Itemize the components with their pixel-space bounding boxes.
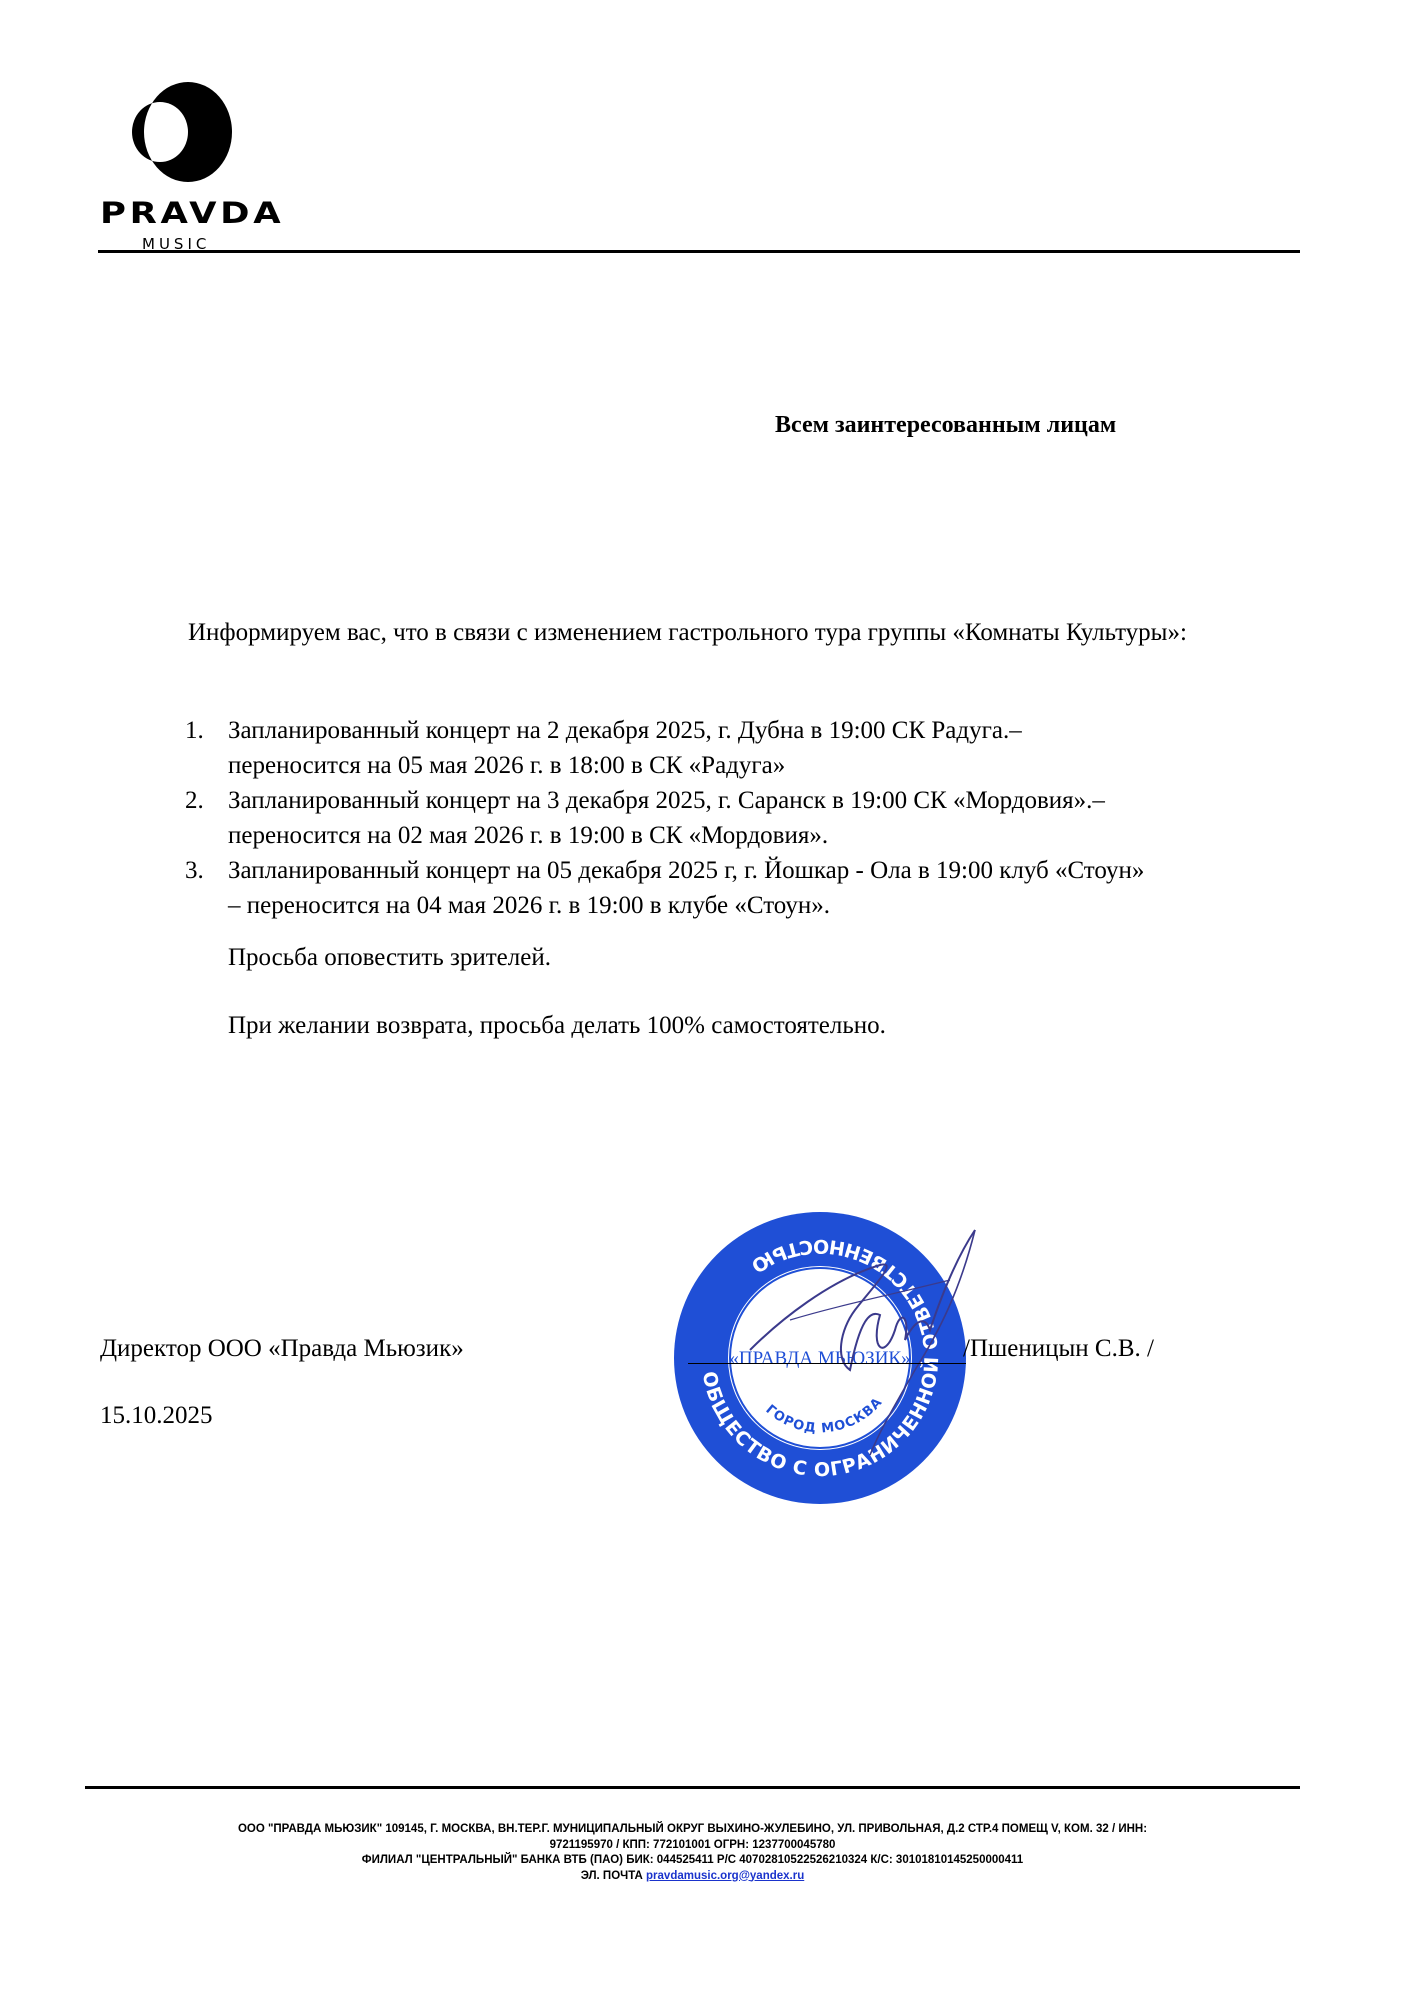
brand-name: PRAVDA [100, 199, 284, 228]
list-item: 3. Запланированный концерт на 05 декабря… [185, 853, 1285, 923]
list-number: 2. [185, 783, 204, 818]
refund-paragraph: При желании возврата, просьба делать 100… [228, 1008, 886, 1043]
footer-email-label: ЭЛ. ПОЧТА [581, 1870, 646, 1882]
company-requisites-footer: ООО "ПРАВДА МЬЮЗИК" 109145, Г. МОСКВА, В… [85, 1822, 1300, 1884]
addressee: Всем заинтересованным лицам [775, 412, 1116, 439]
list-number: 1. [185, 713, 204, 748]
footer-divider [85, 1786, 1300, 1789]
footer-bank-details: ФИЛИАЛ "ЦЕНТРАЛЬНЫЙ" БАНКА ВТБ (ПАО) БИК… [85, 1853, 1300, 1869]
list-item: 2. Запланированный концерт на 3 декабря … [185, 783, 1285, 853]
list-number: 3. [185, 853, 204, 888]
letter-date: 15.10.2025 [100, 1402, 213, 1430]
concert-changes-list: 1. Запланированный концерт на 2 декабря … [185, 713, 1285, 923]
signatory-name: /Пшеницын С.В. / [963, 1335, 1154, 1363]
notify-paragraph: Просьба оповестить зрителей. [228, 940, 551, 975]
list-item-line: Запланированный концерт на 05 декабря 20… [228, 853, 1285, 888]
company-logo: PRAVDA MUSIC [100, 82, 270, 252]
list-item: 1. Запланированный концерт на 2 декабря … [185, 713, 1285, 783]
header-divider [98, 250, 1300, 253]
pravda-circles-logo-icon [132, 82, 232, 182]
list-item-line: Запланированный концерт на 2 декабря 202… [228, 713, 1285, 748]
list-item-line: Запланированный концерт на 3 декабря 202… [228, 783, 1285, 818]
list-item-line: переносится на 05 мая 2026 г. в 18:00 в … [228, 748, 1285, 783]
signatory-role: Директор ООО «Правда Мьюзик» [100, 1335, 464, 1363]
signature-line [688, 1363, 966, 1364]
footer-address: ООО "ПРАВДА МЬЮЗИК" 109145, Г. МОСКВА, В… [85, 1822, 1300, 1838]
footer-registration: 9721195970 / КПП: 772101001 ОГРН: 123770… [85, 1838, 1300, 1854]
footer-email-row: ЭЛ. ПОЧТА pravdamusic.org@yandex.ru [85, 1869, 1300, 1885]
email-link[interactable]: pravdamusic.org@yandex.ru [646, 1870, 804, 1882]
list-item-line: – переносится на 04 мая 2026 г. в 19:00 … [228, 888, 1285, 923]
handwritten-signature [720, 1220, 980, 1460]
list-item-line: переносится на 02 мая 2026 г. в 19:00 в … [228, 818, 1285, 853]
intro-paragraph: Информируем вас, что в связи с изменение… [100, 615, 1220, 650]
